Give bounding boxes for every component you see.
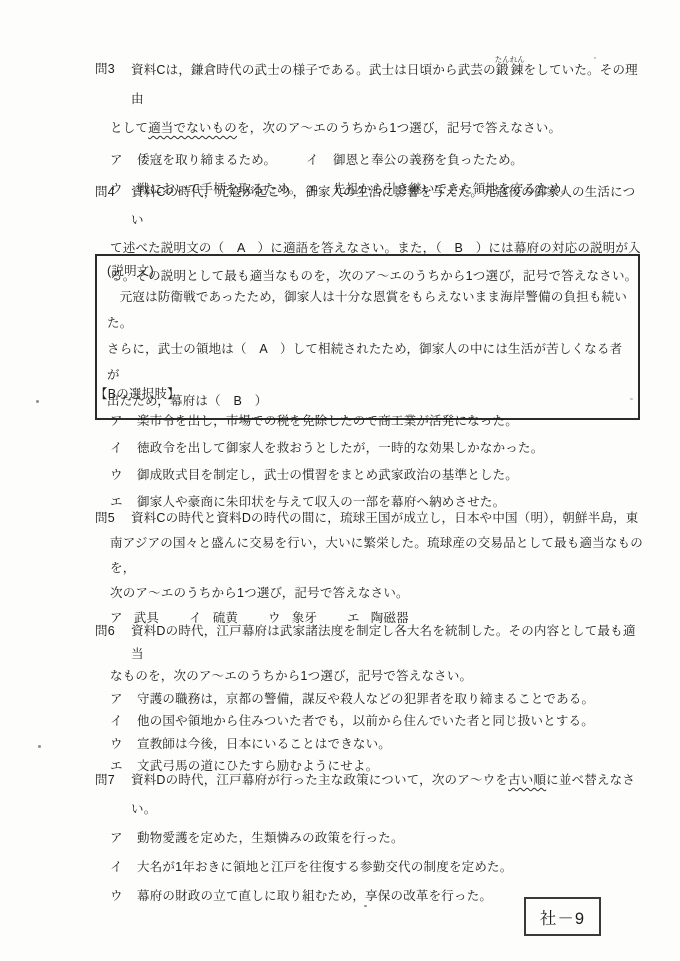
question-5-line-2: 南アジアの国々と盛んに交易を行い，大いに繁栄した。琉球産の交易品として最も適当な… <box>95 531 647 581</box>
option-letter: ア <box>110 408 137 435</box>
option-letter: ウ <box>110 733 137 756</box>
ruby-furigana-text: たんれん <box>495 55 525 64</box>
question-4-line-1: 問4 資料Cの時代，元寇が起こり，御家人の生活に影響を与えた。元寇後の御家人の生… <box>95 178 647 234</box>
option-text: 楽市令を出し，市場での税を免除したので商工業が活発になった。 <box>137 408 518 435</box>
option-row-i: イ徳政令を出して御家人を救おうとしたが，一時的な効果しかなかった。 <box>95 435 647 462</box>
option-letter: ア <box>110 824 137 853</box>
option-row-i: イ御恩と奉公の義務を負ったため。 <box>306 146 647 175</box>
question-4-statement: 資料Cの時代，元寇が起こり，御家人の生活に影響を与えた。元寇後の御家人の生活につ… <box>131 178 647 234</box>
furigana-ruby: 鍛錬たんれん <box>496 63 524 77</box>
option-text: 宣教師は今後，日本にいることはできない。 <box>137 733 391 756</box>
question-6-statement: 資料Dの時代，江戸幕府は武家諸法度を制定し各大名を統制した。その内容として最も適… <box>131 620 647 665</box>
option-letter: イ <box>110 710 137 733</box>
ruby-base-text: 鍛錬 <box>495 63 525 77</box>
scan-speck <box>38 745 41 748</box>
question-7: 問7 資料Dの時代，江戸幕府が行った主な政策について，次のア～ウを古い順に並べ替… <box>95 766 647 911</box>
question-5-line-3: 次のア～エのうちから1つ選び，記号で答えなさい。 <box>95 581 647 606</box>
question-6-number: 問6 <box>95 620 131 665</box>
b-choices-header: 【Bの選択肢】 <box>95 381 647 408</box>
question-3-line-2: として適当でないものを，次のア～エのうちから1つ選び，記号で答えなさい。 <box>95 114 647 143</box>
statement-text: として <box>110 121 148 135</box>
question-7-statement: 資料Dの時代，江戸幕府が行った主な政策について，次のア～ウを古い順に並べ替えなさ… <box>131 766 647 824</box>
option-text: 御成敗式目を制定し，武士の慣習をまとめ武家政治の基準とした。 <box>137 462 518 489</box>
option-text: 倭寇を取り締まるため。 <box>137 146 276 175</box>
scan-speck <box>364 905 367 907</box>
option-letter: イ <box>110 435 137 462</box>
statement-text: 資料Dの時代，江戸幕府が行った主な政策について，次のア～ウを <box>131 773 508 787</box>
option-text: 御恩と奉公の義務を負ったため。 <box>333 146 523 175</box>
question-6-line-2: なものを，次のア～エのうちから1つ選び，記号で答えなさい。 <box>95 665 647 688</box>
question-5-number: 問5 <box>95 506 131 531</box>
option-text: 他の国や領地から住みついた者でも，以前から住んでいた者と同じ扱いとする。 <box>137 710 594 733</box>
option-letter: ア <box>110 688 137 711</box>
option-row-u: ウ御成敗式目を制定し，武士の慣習をまとめ武家政治の基準とした。 <box>95 462 647 489</box>
option-row-i: イ他の国や領地から住みついた者でも，以前から住んでいた者と同じ扱いとする。 <box>95 710 647 733</box>
question-5-statement: 資料Cの時代と資料Dの時代の間に，琉球王国が成立し，日本や中国（明），朝鮮半島，… <box>131 506 647 531</box>
wavy-underlined-text: 適当でないもの <box>148 121 237 135</box>
option-row-i: イ大名が1年おきに領地と江戸を往復する参勤交代の制度を定めた。 <box>95 853 647 882</box>
option-text: 動物愛護を定めた，生類憐みの政策を行った。 <box>137 824 404 853</box>
question-6: 問6 資料Dの時代，江戸幕府は武家諸法度を制定し各大名を統制した。その内容として… <box>95 620 647 778</box>
wavy-underlined-text: 古い順 <box>508 773 546 787</box>
exam-page: 問3 資料Cは，鎌倉時代の武士の様子である。武士は日頃から武芸の鍛錬たんれんをし… <box>0 0 680 961</box>
question-5-line-1: 問5 資料Cの時代と資料Dの時代の間に，琉球王国が成立し，日本や中国（明），朝鮮… <box>95 506 647 531</box>
scan-speck <box>36 400 39 403</box>
question-7-number: 問7 <box>95 766 131 824</box>
explanation-line: 元寇は防衛戦であったため，御家人は十分な恩賞をもらえないまま海岸警備の負担も続い… <box>107 284 628 336</box>
question-4-number: 問4 <box>95 178 131 234</box>
question-3-number: 問3 <box>95 55 131 114</box>
option-text: 徳政令を出して御家人を救おうとしたが，一時的な効果しかなかった。 <box>137 435 543 462</box>
explanation-box-title: (説明文) <box>107 258 628 284</box>
statement-text: 資料Cは，鎌倉時代の武士の様子である。武士は日頃から武芸の <box>131 63 496 77</box>
option-letter: ウ <box>110 462 137 489</box>
question-5: 問5 資料Cの時代と資料Dの時代の間に，琉球王国が成立し，日本や中国（明），朝鮮… <box>95 506 647 631</box>
statement-text: を，次のア～エのうちから1つ選び，記号で答えなさい。 <box>237 121 561 135</box>
option-row-a: ア守護の職務は，京都の警備，謀反や殺人などの犯罪者を取り締まることである。 <box>95 688 647 711</box>
question-3-line-1: 問3 資料Cは，鎌倉時代の武士の様子である。武士は日頃から武芸の鍛錬たんれんをし… <box>95 55 647 114</box>
option-row-a: ア楽市令を出し，市場での税を免除したので商工業が活発になった。 <box>95 408 647 435</box>
option-letter: イ <box>110 853 137 882</box>
option-row-u: ウ宣教師は今後，日本にいることはできない。 <box>95 733 647 756</box>
page-number-box: 社－9 <box>524 897 601 936</box>
option-row-a: ア倭寇を取り締まるため。 <box>110 146 306 175</box>
question-3-statement: 資料Cは，鎌倉時代の武士の様子である。武士は日頃から武芸の鍛錬たんれんをしていた… <box>131 55 647 114</box>
question-6-line-1: 問6 資料Dの時代，江戸幕府は武家諸法度を制定し各大名を統制した。その内容として… <box>95 620 647 665</box>
scan-speck <box>630 398 633 400</box>
option-text: 幕府の財政の立て直しに取り組むため，享保の改革を行った。 <box>137 882 492 911</box>
b-choices: 【Bの選択肢】 ア楽市令を出し，市場での税を免除したので商工業が活発になった。 … <box>95 377 647 516</box>
option-row-a: ア動物愛護を定めた，生類憐みの政策を行った。 <box>95 824 647 853</box>
option-text: 大名が1年おきに領地と江戸を往復する参勤交代の制度を定めた。 <box>137 853 512 882</box>
question-7-line-1: 問7 資料Dの時代，江戸幕府が行った主な政策について，次のア～ウを古い順に並べ替… <box>95 766 647 824</box>
option-text: 守護の職務は，京都の警備，謀反や殺人などの犯罪者を取り締まることである。 <box>137 688 594 711</box>
page-number-label: 社－9 <box>540 905 585 929</box>
option-letter: イ <box>306 146 333 175</box>
scan-speck <box>594 57 596 59</box>
option-letter: ウ <box>110 882 137 911</box>
option-letter: ア <box>110 146 137 175</box>
